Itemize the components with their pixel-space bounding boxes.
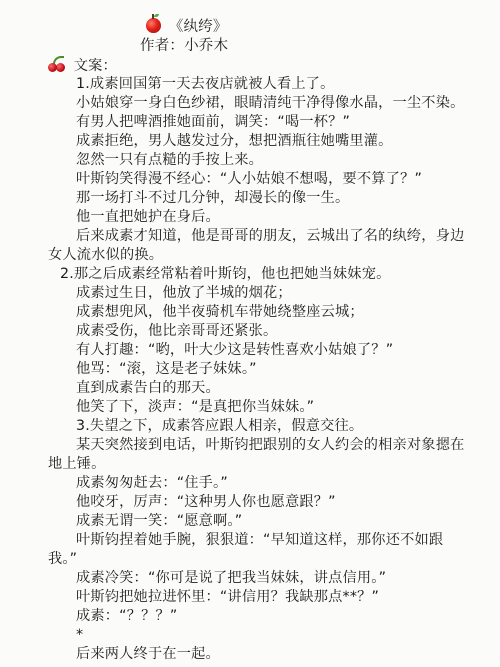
synopsis-line: 某天突然接到电话，叶斯钧把跟别的女人约会的相亲对象摁在 xyxy=(76,436,464,454)
synopsis-line: 3.失望之下，成素答应跟人相亲，假意交往。 xyxy=(76,417,363,435)
synopsis-line: 我。” xyxy=(48,550,77,568)
synopsis-line: 后来成素才知道，他是哥哥的朋友，云城出了名的纨绔，身边 xyxy=(76,227,464,245)
synopsis-line: 成素无谓一笑：“愿意啊。” xyxy=(76,512,242,530)
synopsis-line: 成素想兜风，他半夜骑机车带她绕整座云城； xyxy=(76,303,364,321)
synopsis-label: 文案： xyxy=(74,58,117,74)
author-line: 作者：小乔木 xyxy=(140,37,228,55)
synopsis-line: 忽然一只有点糙的手按上来。 xyxy=(76,151,263,169)
synopsis-line: 后来两人终于在一起。 xyxy=(76,645,220,663)
synopsis-line: 那一场打斗不过几分钟，却漫长的像一生。 xyxy=(76,189,349,207)
synopsis-line: 叶斯钧把她拉进怀里：“讲信用？我缺那点**？” xyxy=(76,588,379,606)
synopsis-line: 他一直把她护在身后。 xyxy=(76,208,220,226)
synopsis-line: 成素冷笑：“你可是说了把我当妹妹，讲点信用。” xyxy=(76,569,386,587)
synopsis-line: 叶斯钧捏着她手腕，狠狠道：“早知道这样，那你还不如跟 xyxy=(76,531,443,549)
synopsis-line: 有人打趣：“哟，叶大少这是转性喜欢小姑娘了？” xyxy=(76,341,393,359)
red-apple-icon xyxy=(146,18,161,33)
synopsis-line: 女人流水似的换。 xyxy=(48,246,163,264)
synopsis-line: 直到成素告白的那天。 xyxy=(76,379,220,397)
synopsis-line: 地上锤。 xyxy=(48,455,106,473)
synopsis-line: 他笑了下，淡声：“是真把你当妹妹。” xyxy=(76,398,314,416)
synopsis-line: 成素拒绝，男人越发过分，想把酒瓶往她嘴里灌。 xyxy=(76,132,393,150)
book-title: 《纨绔》 xyxy=(169,19,228,35)
synopsis-line: 1.成素回国第一天去夜店就被人看上了。 xyxy=(76,75,335,93)
scene-break: * xyxy=(76,626,83,644)
document-page: 《纨绔》 作者：小乔木 文案： 1.成素回国第一天去夜店就被人看上了。 小姑娘穿… xyxy=(0,0,500,667)
book-title-row: 《纨绔》 xyxy=(146,18,228,36)
synopsis-line: 他骂：“滚，这是老子妹妹。” xyxy=(76,360,257,378)
synopsis-line: 成素匆匆赶去：“住手。” xyxy=(76,474,228,492)
synopsis-line: 成素过生日，他放了半城的烟花； xyxy=(76,284,292,302)
synopsis-line: 有男人把啤酒推她面前，调笑：“喝一杯？” xyxy=(76,113,350,131)
synopsis-heading: 文案： xyxy=(48,56,117,75)
synopsis-line: 叶斯钧笑得漫不经心：“人小姑娘不想喝，要不算了？” xyxy=(76,170,422,188)
synopsis-line: 成素受伤，他比亲哥哥还紧张。 xyxy=(76,322,277,340)
synopsis-line: 他咬牙，厉声：“这种男人你也愿意跟？” xyxy=(76,493,336,511)
synopsis-line: 成素：“？？？” xyxy=(76,607,177,625)
synopsis-line: 2.那之后成素经常粘着叶斯钧，他也把她当妹妹宠。 xyxy=(60,265,390,283)
cherries-icon xyxy=(48,56,66,72)
synopsis-line: 小姑娘穿一身白色纱裙，眼睛清纯干净得像水晶，一尘不染。 xyxy=(76,94,464,112)
